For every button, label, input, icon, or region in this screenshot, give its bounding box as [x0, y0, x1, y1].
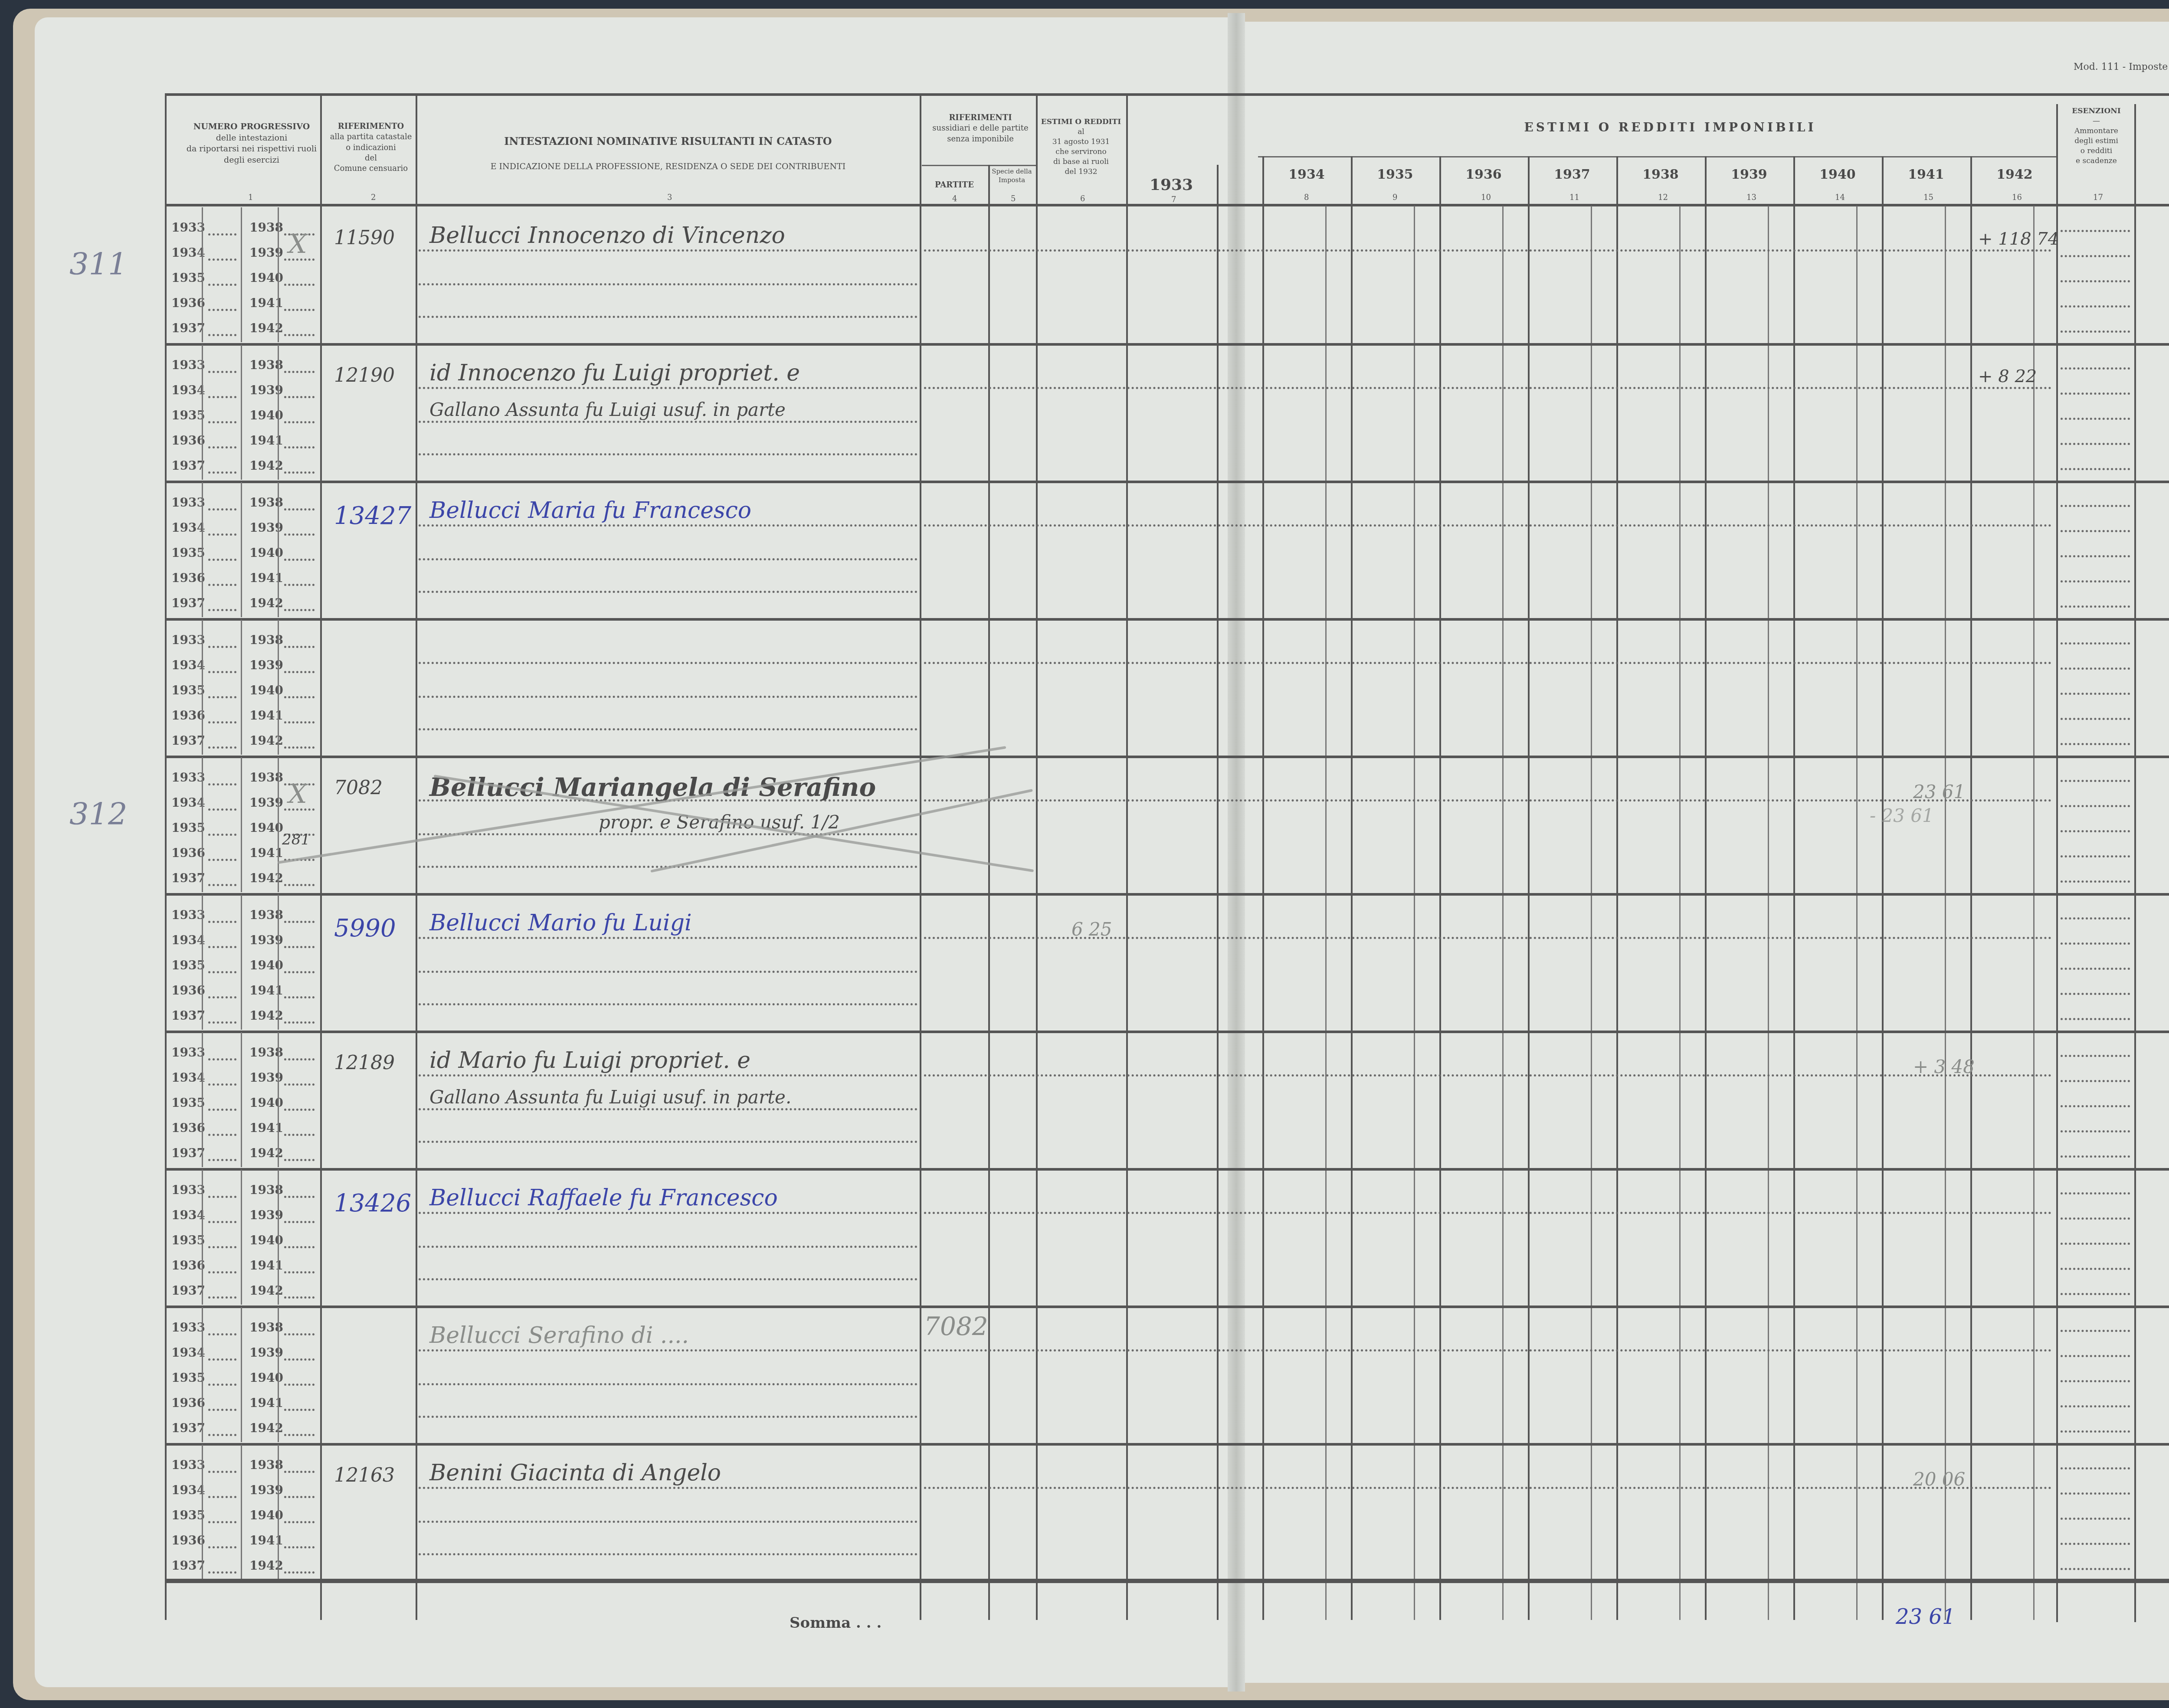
value-1941: 20 06: [1913, 1469, 1965, 1490]
col1-subdivider: [202, 482, 203, 617]
year-blank: [284, 946, 315, 948]
year-col-number: 14: [1835, 193, 1845, 202]
year-label: 1937: [171, 733, 205, 748]
esenzioni-rule: [2061, 1243, 2130, 1245]
year-blank: [208, 508, 236, 510]
year-label: 1933: [171, 1320, 205, 1335]
year-blank: [208, 1296, 236, 1299]
year-label: 1933: [171, 1045, 205, 1060]
year-blank: [208, 609, 236, 611]
col2-divider: [416, 93, 417, 1620]
taxpayer-name-continued: Gallano Assunta fu Luigi usuf. in parte: [429, 399, 786, 420]
table-bottom-border: [165, 1579, 2169, 1581]
col1-header: NUMERO PROGRESSIVO delle intestazioni da…: [169, 121, 334, 166]
year-col-number: 10: [1481, 193, 1491, 202]
esenzioni-line: degli estimi: [2058, 136, 2134, 146]
margin-number: 311: [69, 246, 128, 282]
margin-number: 312: [69, 796, 128, 832]
year-blank: [284, 1083, 315, 1086]
col4-5-line: senza imponibile: [922, 134, 1039, 144]
name-rule: [419, 1487, 917, 1489]
row-separator: [165, 1306, 2169, 1308]
col4-divider: [988, 165, 990, 1620]
year-blank: [208, 1496, 236, 1498]
partite-reference: 7082: [924, 1312, 988, 1341]
col2-line: Comune censuario: [323, 164, 419, 174]
year-blank: [284, 396, 315, 398]
header-bottom-border: [165, 204, 2169, 206]
esenzioni-line: Ammontare: [2058, 126, 2134, 136]
esenzioni-rule: [2061, 330, 2130, 333]
name-rule: [419, 1553, 917, 1555]
year-label: 1936: [171, 296, 205, 310]
esenzioni-rule: [2061, 1492, 2130, 1495]
esenzioni-rule: [2061, 917, 2130, 919]
esenzioni-rule: [2061, 580, 2130, 582]
esenzioni-rule: [2061, 743, 2130, 745]
col1-subdivider: [202, 345, 203, 480]
col1-line: da riportarsi nei rispettivi ruoli: [169, 144, 334, 155]
esenzioni-rule: [2061, 1155, 2130, 1158]
year-blank: [284, 1246, 315, 1248]
year-blank: [208, 309, 236, 311]
taxpayer-name: id Innocenzo fu Luigi propriet. e: [429, 360, 800, 386]
year-blank: [284, 309, 315, 311]
name-rule: [419, 833, 917, 835]
year-blank: [208, 946, 236, 948]
x-mark: X: [288, 779, 307, 809]
col1-title: NUMERO PROGRESSIVO: [169, 121, 334, 133]
esenzioni-rule: [2061, 993, 2130, 995]
value-rule: [924, 1349, 2052, 1351]
year-blank: [284, 609, 315, 611]
year-col-header: 1939: [1705, 167, 1793, 182]
row-separator: [165, 343, 2169, 346]
name-rule: [419, 453, 917, 455]
esenzioni-rule: [2061, 693, 2130, 695]
year-blank: [284, 671, 315, 673]
year-label: 1937: [171, 1558, 205, 1573]
col1-subdivider: [241, 1445, 242, 1580]
col1-subdivider: [202, 207, 203, 342]
year-label: 1935: [171, 1233, 205, 1247]
esenzioni-rule: [2061, 1355, 2130, 1357]
partita-number: 11590: [334, 227, 395, 249]
year-col-header: 1934: [1262, 167, 1351, 182]
value-1942: + 8 22: [1978, 366, 2037, 386]
year-col-divider: [1351, 156, 1353, 1620]
year-label: 1933: [171, 908, 205, 922]
name-rule: [419, 728, 917, 730]
year-blank: [284, 421, 315, 423]
esenzioni-rule: [2061, 1293, 2130, 1295]
esenzioni-rule: [2061, 1268, 2130, 1270]
year-blank: [208, 1271, 236, 1273]
year-label: 1934: [171, 1208, 205, 1222]
year-blank: [284, 646, 315, 648]
value-1942: + 118 74: [1978, 229, 2059, 249]
esenzioni-rule: [2061, 230, 2130, 232]
col4-5-line: sussidiari e delle partite: [922, 123, 1039, 134]
side-note: 281: [282, 831, 310, 848]
name-rule: [419, 1074, 917, 1076]
esenzioni-rule: [2061, 830, 2130, 832]
col1-subdivider: [202, 895, 203, 1030]
year-label: 1935: [171, 1096, 205, 1110]
esenzioni-rule: [2061, 942, 2130, 945]
year-label: 1935: [171, 546, 205, 560]
name-rule: [419, 1246, 917, 1248]
col3-title: INTESTAZIONI NOMINATIVE RISULTANTI IN CA…: [419, 134, 917, 148]
year-blank: [208, 1246, 236, 1248]
esenzioni-rule: [2061, 530, 2130, 532]
esenzioni-rule: [2061, 855, 2130, 857]
col4-5-title: RIFERIMENTI: [922, 113, 1039, 123]
annotazioni-title: ANNOTAZIONI: [2136, 137, 2169, 150]
col1-number: 1: [248, 193, 253, 202]
esenzioni-rule: [2061, 1330, 2130, 1332]
year-blank: [208, 1333, 236, 1335]
year-blank: [208, 671, 236, 673]
col6-line: del 1932: [1038, 167, 1124, 177]
esenzioni-rule: [2061, 667, 2130, 670]
esenzioni-line: e scadenze: [2058, 156, 2134, 166]
name-rule: [419, 971, 917, 973]
year-label: 1934: [171, 383, 205, 397]
year-label: 1934: [171, 795, 205, 810]
year-label: 1935: [171, 958, 205, 972]
year-blank: [208, 696, 236, 698]
col6-line: che servirono: [1038, 147, 1124, 157]
col4-5-subheader-rule: [922, 165, 1037, 166]
year-blank: [284, 1296, 315, 1299]
esenzioni-rule: [2061, 1518, 2130, 1520]
esenzioni-rule: [2061, 1430, 2130, 1433]
partita-number: 12189: [334, 1052, 395, 1074]
name-rule: [419, 1108, 917, 1110]
col1-subdivider: [241, 895, 242, 1030]
left-page: [35, 17, 1241, 1687]
esenzioni-rule: [2061, 505, 2130, 507]
year-col-header: 1936: [1439, 167, 1528, 182]
year-blank: [208, 1384, 236, 1386]
form-model-label: Mod. 111 - Imposte Dirette (Intercalare)…: [2074, 61, 2169, 74]
year-blank: [208, 1358, 236, 1361]
year-blank: [208, 921, 236, 923]
year-blank: [208, 746, 236, 749]
taxpayer-name: Bellucci Serafino di ....: [429, 1322, 689, 1348]
year-col-cents-divider: [1856, 206, 1858, 1620]
col3-subtitle: E INDICAZIONE DELLA PROFESSIONE, RESIDEN…: [419, 161, 917, 173]
esenzioni-header: ESENZIONI — Ammontare degli estimi o red…: [2058, 106, 2134, 166]
year-label: 1935: [171, 1508, 205, 1522]
esenzioni-rule: [2061, 1467, 2130, 1469]
year-col-number: 11: [1569, 193, 1579, 202]
year-blank: [284, 1546, 315, 1548]
esenzioni-rule: [2061, 642, 2130, 645]
esenzioni-rule: [2061, 1055, 2130, 1057]
year-label: 1937: [171, 458, 205, 473]
name-rule: [419, 696, 917, 698]
esenzioni-dash: —: [2058, 116, 2134, 126]
name-rule: [419, 1212, 917, 1214]
year-blank: [284, 1221, 315, 1223]
partita-number: 5990: [334, 914, 396, 942]
esenzioni-rule: [2061, 280, 2130, 282]
col1-subdivider: [202, 620, 203, 755]
year-blank: [284, 1134, 315, 1136]
year-blank: [284, 1109, 315, 1111]
year-blank: [208, 233, 236, 236]
col6-line: ESTIMI O REDDITI: [1038, 117, 1124, 127]
esenzioni-rule: [2061, 468, 2130, 470]
year-label: 1935: [171, 821, 205, 835]
year-blank: [284, 1196, 315, 1198]
year-blank: [208, 1058, 236, 1060]
esenzioni-rule: [2061, 1080, 2130, 1082]
year-blank: [208, 1021, 236, 1024]
col3-number: 3: [667, 193, 672, 202]
esenzioni-rule: [2061, 1405, 2130, 1407]
esenzioni-rule: [2061, 305, 2130, 308]
year-label: 1935: [171, 683, 205, 697]
row-separator: [165, 1031, 2169, 1033]
year-blank: [208, 471, 236, 474]
year-blank: [208, 1571, 236, 1574]
year-blank: [284, 1409, 315, 1411]
esenzioni-rule: [2061, 418, 2130, 420]
header-top-border: [165, 93, 2169, 96]
year-blank: [208, 1434, 236, 1436]
year-blank: [284, 996, 315, 998]
year-col-cents-divider: [1325, 206, 1327, 1620]
col4-number: 4: [952, 194, 957, 203]
col6-header: ESTIMI O REDDITI al 31 agosto 1931 che s…: [1038, 117, 1124, 177]
year-col-cents-divider: [1502, 206, 1504, 1620]
col6-line: 31 agosto 1931: [1038, 137, 1124, 147]
taxpayer-name: Bellucci Raffaele fu Francesco: [429, 1185, 778, 1211]
partita-number: 13427: [334, 502, 411, 530]
year-col-divider: [1705, 156, 1707, 1620]
year-label: 1933: [171, 633, 205, 647]
year-label: 1935: [171, 1371, 205, 1385]
col2-header: RIFERIMENTO alla partita catastale o ind…: [323, 121, 419, 174]
esenzioni-rule: [2061, 1130, 2130, 1132]
year-col-divider: [1616, 156, 1618, 1620]
taxpayer-name: Bellucci Innocenzo di Vincenzo: [429, 222, 785, 249]
esenzioni-right-divider: [2134, 104, 2136, 1622]
year-label: 1937: [171, 1421, 205, 1435]
year-blank: [284, 584, 315, 586]
year-blank: [284, 1333, 315, 1335]
year-blank: [208, 396, 236, 398]
year-label: 1936: [171, 983, 205, 998]
col1-subdivider: [241, 482, 242, 617]
col1-subdivider: [278, 1032, 279, 1167]
year-blank: [284, 559, 315, 561]
esenzioni-rule: [2061, 1105, 2130, 1107]
esenzioni-rule: [2061, 805, 2130, 807]
year-blank: [284, 284, 315, 286]
year-label: 1936: [171, 433, 205, 448]
year-label: 1937: [171, 1146, 205, 1160]
year-col-number: 13: [1746, 193, 1756, 202]
year-blank: [208, 584, 236, 586]
right-page: [1236, 22, 2169, 1683]
year-label: 1935: [171, 408, 205, 422]
year-blank: [208, 371, 236, 373]
col2-title: RIFERIMENTO: [323, 121, 419, 132]
col6-divider: [1126, 93, 1128, 1620]
year-blank: [208, 1521, 236, 1523]
year-blank: [284, 1571, 315, 1574]
esenzioni-rule: [2061, 1380, 2130, 1382]
esenzioni-rule: [2061, 393, 2130, 395]
esenzioni-rule: [2061, 880, 2130, 883]
year-blank: [208, 446, 236, 448]
year-blank: [208, 859, 236, 861]
year-col-header: 1941: [1882, 167, 1970, 182]
col1-subdivider: [241, 1032, 242, 1167]
partita-number: 12190: [334, 364, 395, 386]
col6-number: 6: [1080, 194, 1085, 203]
year-blank: [208, 1159, 236, 1161]
col1-line: degli esercizi: [169, 155, 334, 166]
year-blank: [208, 1221, 236, 1223]
col1-subdivider: [241, 620, 242, 755]
year-label: 1934: [171, 1483, 205, 1497]
partita-number: 12163: [334, 1464, 395, 1486]
year-blank: [284, 446, 315, 448]
year-col-cents-divider: [1945, 206, 1946, 1620]
year-label: 1934: [171, 1345, 205, 1360]
name-rule: [419, 1521, 917, 1523]
year-blank: [208, 421, 236, 423]
year-blank: [284, 1496, 315, 1498]
value-1941-cancelled: - 23 61: [1870, 805, 1934, 826]
col7-number: 7: [1171, 195, 1176, 204]
year-label: 1936: [171, 1533, 205, 1548]
col1-subdivider: [241, 1307, 242, 1442]
esenzioni-rule: [2061, 718, 2130, 720]
book-gutter: [1228, 13, 1245, 1692]
name-rule: [419, 1278, 917, 1280]
year-col-header: 1937: [1528, 167, 1616, 182]
row-separator: [165, 756, 2169, 758]
col2-line: o indicazioni: [323, 143, 419, 153]
esenzioni-left-divider: [2056, 104, 2058, 1622]
row-separator: [165, 1443, 2169, 1446]
esenzioni-rule: [2061, 968, 2130, 970]
year-blank: [284, 508, 315, 510]
year-label: 1933: [171, 220, 205, 235]
year-label: 1936: [171, 1258, 205, 1273]
year-label: 1933: [171, 1458, 205, 1472]
taxpayer-name: Bellucci Maria fu Francesco: [429, 497, 751, 524]
col1-subdivider: [278, 757, 279, 892]
col1-subdivider: [278, 1170, 279, 1305]
name-rule: [419, 1141, 917, 1143]
year-col-divider: [1439, 156, 1441, 1620]
name-rule: [419, 937, 917, 939]
value-1941: 23 61: [1913, 781, 1965, 802]
year-blank: [208, 834, 236, 836]
col1-line: delle intestazioni: [169, 133, 334, 144]
estimi-title: ESTIMI O REDDITI IMPONIBILI: [1258, 119, 2082, 136]
col1-subdivider: [278, 1307, 279, 1442]
somma-label: Somma . . .: [790, 1613, 881, 1633]
year-blank: [208, 783, 236, 785]
value-rule: [924, 387, 2052, 389]
col1-subdivider: [278, 895, 279, 1030]
year-blank: [284, 721, 315, 723]
year-label: 1934: [171, 1070, 205, 1085]
col1-subdivider: [241, 345, 242, 480]
col1-subdivider: [202, 1445, 203, 1580]
value-rule: [924, 662, 2052, 664]
col1-subdivider: [278, 207, 279, 342]
year-col-header: 1940: [1793, 167, 1882, 182]
year-blank: [208, 1546, 236, 1548]
year-col-header: 1942: [1970, 167, 2059, 182]
year-blank: [208, 258, 236, 261]
year-blank: [284, 921, 315, 923]
year-label: 1933: [171, 1183, 205, 1197]
year-label: 1933: [171, 495, 205, 510]
year-blank: [208, 559, 236, 561]
year-blank: [208, 646, 236, 648]
col2-line: del: [323, 153, 419, 164]
year-col-number: 9: [1392, 193, 1397, 202]
col1-subdivider: [202, 1170, 203, 1305]
value-1941: + 3 48: [1913, 1056, 1975, 1077]
col7-divider: [1217, 165, 1219, 1620]
name-rule: [419, 662, 917, 664]
year-label: 1934: [171, 933, 205, 947]
somma-1941-value: 23 61: [1896, 1605, 1955, 1629]
year-blank: [284, 1159, 315, 1161]
esenzioni-line: o redditi: [2058, 146, 2134, 156]
year-blank: [284, 1471, 315, 1473]
year-col-divider: [1262, 156, 1264, 1620]
year-label: 1933: [171, 358, 205, 372]
row-separator: [165, 481, 2169, 483]
taxpayer-name: Bellucci Mario fu Luigi: [429, 910, 692, 936]
esenzioni-rule: [2061, 443, 2130, 445]
year-blank: [208, 284, 236, 286]
year-blank: [284, 884, 315, 886]
col7-year: 1933: [1128, 176, 1215, 194]
value-rule: [924, 799, 2052, 802]
year-blank: [284, 1358, 315, 1361]
name-rule: [419, 387, 917, 389]
row-separator: [165, 893, 2169, 896]
year-blank: [284, 371, 315, 373]
year-blank: [284, 1384, 315, 1386]
taxpayer-name-continued: Gallano Assunta fu Luigi usuf. in parte.: [429, 1086, 791, 1108]
year-label: 1937: [171, 596, 205, 610]
name-rule: [419, 283, 917, 285]
esenzioni-title: ESENZIONI: [2058, 106, 2134, 116]
x-mark: X: [288, 229, 307, 259]
col3-divider: [920, 93, 921, 1620]
year-col-header: 1935: [1351, 167, 1439, 182]
value-rule: [924, 1212, 2052, 1214]
name-rule: [419, 316, 917, 318]
col5-divider: [1036, 93, 1038, 1620]
col1-subdivider: [278, 1445, 279, 1580]
col1-subdivider: [241, 207, 242, 342]
